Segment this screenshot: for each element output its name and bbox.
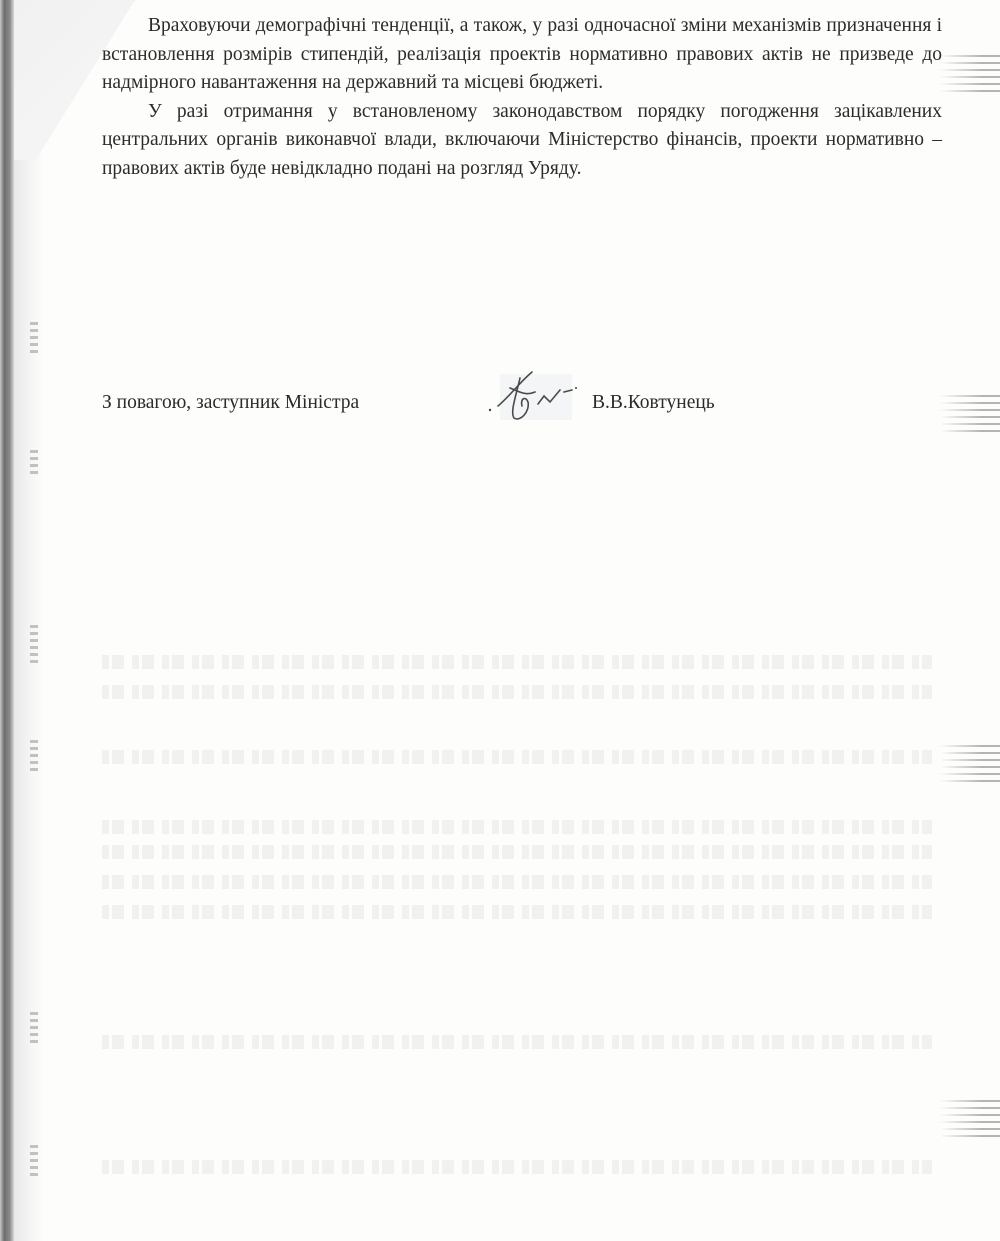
scanner-edge <box>0 0 14 1241</box>
binding-marks <box>30 322 38 357</box>
scan-smudge <box>940 55 1000 95</box>
bleedthrough-line <box>102 655 932 669</box>
scanner-shadow <box>14 0 44 1241</box>
signature-block: З повагою, заступник Міністра В.В.Ковтун… <box>102 388 942 428</box>
paragraph-budget: Враховуючи демографічні тенденції, а так… <box>102 12 942 98</box>
handwritten-signature-icon <box>480 366 590 426</box>
binding-marks <box>30 625 38 667</box>
document-body: Враховуючи демографічні тенденції, а так… <box>102 12 942 183</box>
paragraph-approval: У разі отримання у встановленому законод… <box>102 98 942 184</box>
binding-marks <box>30 740 38 775</box>
bleedthrough-line <box>102 1035 932 1049</box>
signatory-name: В.В.Ковтунець <box>592 392 715 414</box>
bleedthrough-line <box>102 1160 932 1174</box>
bleedthrough-line <box>102 905 932 919</box>
bleedthrough-line <box>102 820 932 834</box>
binding-marks <box>30 1012 38 1047</box>
bleedthrough-line <box>102 875 932 889</box>
binding-marks <box>30 1145 38 1180</box>
bleedthrough-line <box>102 685 932 699</box>
scan-smudge <box>940 1100 1000 1140</box>
scan-smudge <box>940 745 1000 785</box>
signatory-position: З повагою, заступник Міністра <box>102 392 359 414</box>
bleedthrough-line <box>102 750 932 764</box>
scan-smudge <box>940 395 1000 435</box>
binding-marks <box>30 450 38 478</box>
bleedthrough-line <box>102 845 932 859</box>
